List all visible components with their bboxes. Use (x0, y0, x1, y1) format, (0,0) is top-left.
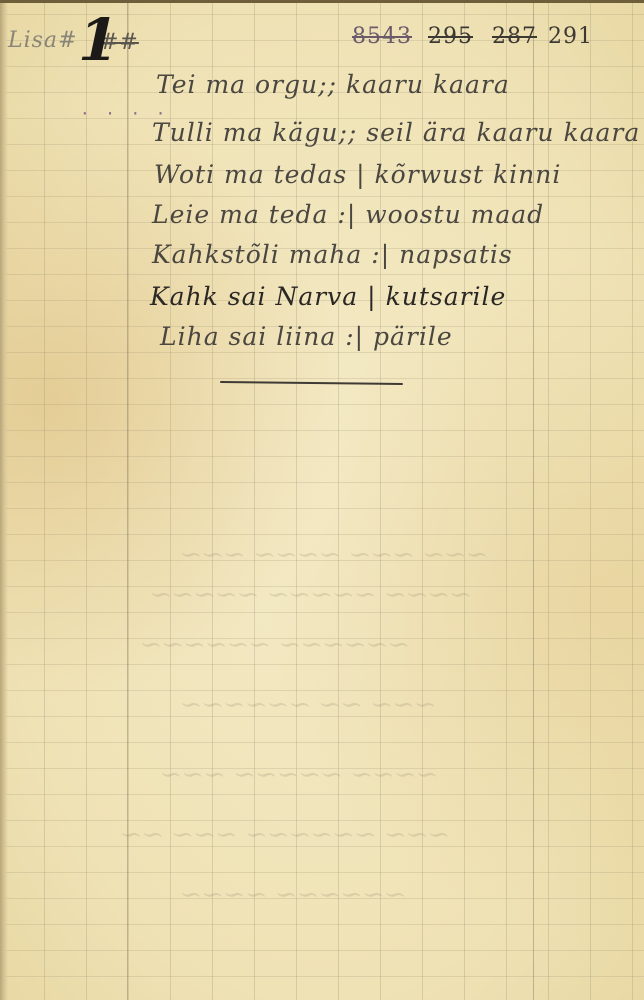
verse-line: Tulli ma kägu;; seil ära kaaru kaara (152, 118, 640, 147)
page-edge (0, 0, 644, 3)
bleed-through-text: ~~~~ ~~~~~ ~~~~~ (145, 580, 477, 610)
bleed-through-text: ~~~ ~~~~~~ ~~~ ~~ (115, 820, 456, 850)
bleed-through-text: ~~~~~~ ~~~~ (175, 880, 412, 910)
bleed-through-text: ~~~ ~~~ ~~~~ ~~~ (175, 540, 494, 570)
bleed-through-text: ~~~ ~~ ~~~~~~ (175, 690, 442, 720)
margin-line (127, 0, 128, 1000)
verse-line: Liha sai liina :| pärile (160, 322, 453, 351)
verse-line: Kahkstõli maha :| napsatis (152, 240, 513, 269)
page-edge (0, 0, 8, 1000)
margin-line (533, 0, 534, 1000)
shelf-number-current: 291 (548, 24, 593, 49)
grid-lines (0, 0, 644, 1000)
verse-line: Leie ma teda :| woostu maad (152, 200, 544, 229)
notebook-page: ~~~ ~~~ ~~~~ ~~~ ~~~~ ~~~~~ ~~~~~ ~~~~~~… (0, 0, 644, 1000)
bleed-through-text: ~~~~~~ ~~~~~~ (135, 630, 416, 660)
catalog-prefix: Lisa# (8, 28, 78, 53)
shelf-number-struck: 287 (492, 24, 537, 49)
shelf-number-struck: 295 (428, 24, 473, 49)
verse-line: Kahk sai Narva | kutsarile (150, 282, 506, 311)
shelf-number-struck: 8543 (352, 24, 412, 49)
verse-line: Tei ma orgu;; kaaru kaara (156, 70, 510, 99)
verse-line: Woti ma tedas | kõrwust kinni (154, 160, 561, 189)
bleed-through-text: ~~~~ ~~~~~ ~~~ (155, 760, 444, 790)
